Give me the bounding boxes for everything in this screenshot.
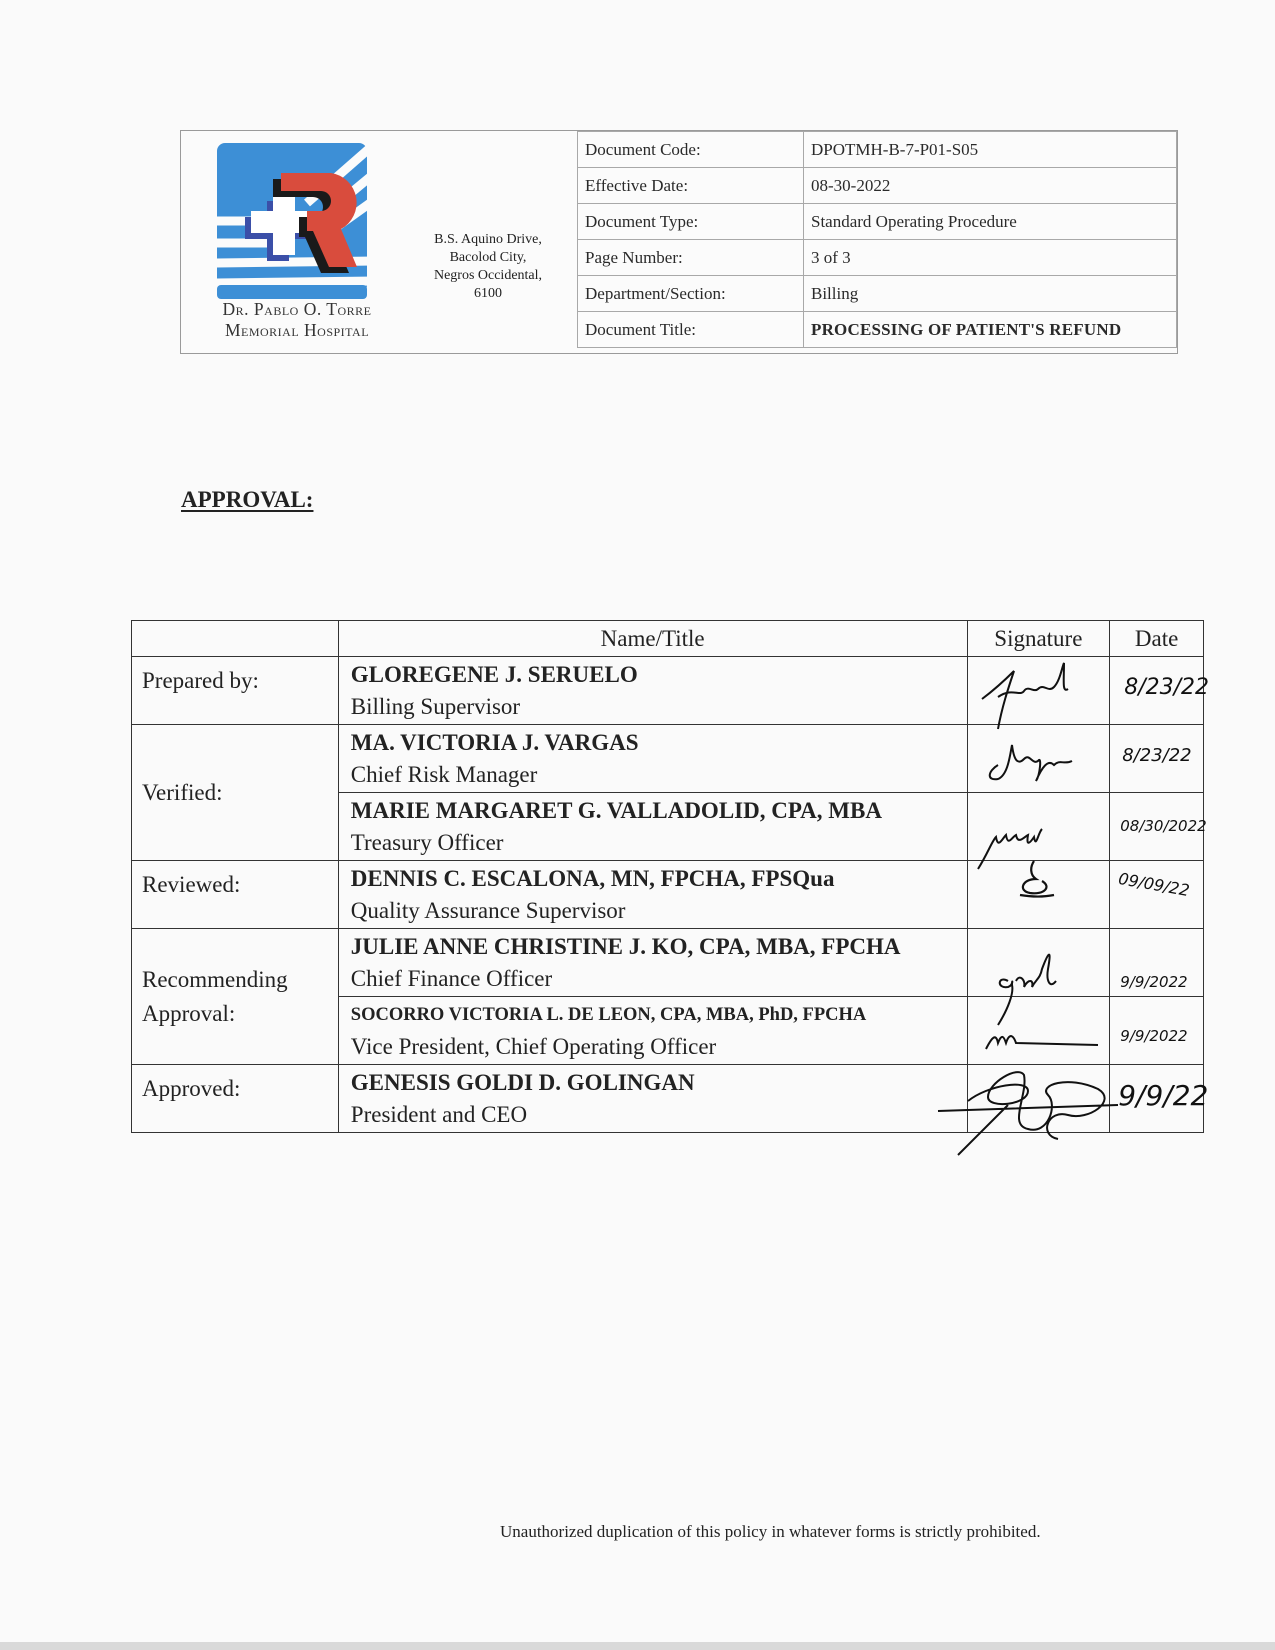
- person-cell: MARIE MARGARET G. VALLADOLID, CPA, MBA T…: [338, 793, 967, 861]
- table-row: Prepared by: GLOREGENE J. SERUELO Billin…: [132, 657, 1204, 725]
- person-cell: GLOREGENE J. SERUELO Billing Supervisor: [338, 657, 967, 725]
- date-cell: 8/23/22: [1110, 657, 1204, 725]
- date-value: 09/09/22: [1117, 869, 1191, 900]
- person-name: JULIE ANNE CHRISTINE J. KO, CPA, MBA, FP…: [351, 931, 955, 963]
- date-value: 8/23/22: [1122, 745, 1191, 766]
- role-label: Prepared by:: [132, 657, 339, 725]
- document-type-value: Standard Operating Procedure: [804, 204, 1177, 240]
- date-value: 9/9/22: [1118, 1079, 1208, 1112]
- date-cell: 9/9/22: [1110, 1065, 1204, 1133]
- date-cell: 09/09/22: [1110, 861, 1204, 929]
- signature-cell: [967, 793, 1110, 861]
- date-cell: 9/9/2022: [1110, 929, 1204, 997]
- date-value: 9/9/2022: [1120, 973, 1187, 991]
- signature-cell: [967, 657, 1110, 725]
- person-name: GENESIS GOLDI D. GOLINGAN: [351, 1067, 955, 1099]
- signature-icon: [968, 861, 1111, 929]
- signature-cell: [967, 861, 1110, 929]
- hospital-logo-icon: [217, 143, 375, 301]
- person-title: Chief Finance Officer: [351, 963, 955, 995]
- column-date: Date: [1110, 621, 1204, 657]
- footer-notice: Unauthorized duplication of this policy …: [500, 1522, 1041, 1542]
- role-label: Approved:: [132, 1065, 339, 1133]
- role-label: Reviewed:: [132, 861, 339, 929]
- effective-date-value: 08-30-2022: [804, 168, 1177, 204]
- approval-table: Name/Title Signature Date Prepared by: G…: [131, 620, 1204, 1133]
- signature-icon: [968, 1065, 1111, 1133]
- person-title: Vice President, Chief Operating Officer: [351, 1031, 955, 1063]
- info-row-effective-date: Effective Date: 08-30-2022: [578, 168, 1177, 204]
- hospital-name: Dr. Pablo O. Torre Memorial Hospital: [181, 299, 413, 341]
- hospital-branding: Dr. Pablo O. Torre Memorial Hospital B.S…: [181, 131, 578, 353]
- date-value: 8/23/22: [1124, 675, 1209, 700]
- person-cell: GENESIS GOLDI D. GOLINGAN President and …: [338, 1065, 967, 1133]
- signature-cell: [967, 725, 1110, 793]
- date-cell: 8/23/22: [1110, 725, 1204, 793]
- info-row-document-type: Document Type: Standard Operating Proced…: [578, 204, 1177, 240]
- date-value: 08/30/2022: [1120, 817, 1206, 835]
- person-name: SOCORRO VICTORIA L. DE LEON, CPA, MBA, P…: [351, 999, 955, 1031]
- signature-cell: [967, 997, 1110, 1065]
- scan-edge: [0, 1642, 1275, 1650]
- person-name: MARIE MARGARET G. VALLADOLID, CPA, MBA: [351, 795, 955, 827]
- hospital-address: B.S. Aquino Drive, Bacolod City, Negros …: [403, 231, 573, 303]
- person-title: President and CEO: [351, 1099, 955, 1131]
- signature-icon: [968, 793, 1111, 861]
- person-title: Chief Risk Manager: [351, 759, 955, 791]
- person-name: DENNIS C. ESCALONA, MN, FPCHA, FPSQua: [351, 863, 955, 895]
- table-row: Recommending Approval: JULIE ANNE CHRIST…: [132, 929, 1204, 997]
- approval-heading: APPROVAL:: [181, 487, 313, 513]
- person-cell: DENNIS C. ESCALONA, MN, FPCHA, FPSQua Qu…: [338, 861, 967, 929]
- approval-table-header: Name/Title Signature Date: [132, 621, 1204, 657]
- person-title: Quality Assurance Supervisor: [351, 895, 955, 927]
- table-row: Approved: GENESIS GOLDI D. GOLINGAN Pres…: [132, 1065, 1204, 1133]
- signature-icon: [968, 725, 1111, 793]
- info-row-department: Department/Section: Billing: [578, 276, 1177, 312]
- date-value: 9/9/2022: [1120, 1027, 1187, 1045]
- date-cell: 08/30/2022: [1110, 793, 1204, 861]
- person-title: Billing Supervisor: [351, 691, 955, 723]
- person-cell: MA. VICTORIA J. VARGAS Chief Risk Manage…: [338, 725, 967, 793]
- signature-icon: [968, 997, 1111, 1065]
- document-info-table: Document Code: DPOTMH-B-7-P01-S05 Effect…: [577, 131, 1177, 348]
- column-name-title: Name/Title: [338, 621, 967, 657]
- info-row-page-number: Page Number: 3 of 3: [578, 240, 1177, 276]
- person-name: MA. VICTORIA J. VARGAS: [351, 727, 955, 759]
- document-header: Dr. Pablo O. Torre Memorial Hospital B.S…: [180, 130, 1178, 354]
- table-row: Reviewed: DENNIS C. ESCALONA, MN, FPCHA,…: [132, 861, 1204, 929]
- document-title-value: PROCESSING OF PATIENT'S REFUND: [804, 312, 1177, 348]
- info-row-document-code: Document Code: DPOTMH-B-7-P01-S05: [578, 132, 1177, 168]
- signature-icon: [968, 929, 1111, 997]
- signature-icon: [968, 657, 1111, 725]
- date-cell: 9/9/2022: [1110, 997, 1204, 1065]
- column-signature: Signature: [967, 621, 1110, 657]
- page-number-value: 3 of 3: [804, 240, 1177, 276]
- signature-cell: [967, 1065, 1110, 1133]
- info-row-document-title: Document Title: PROCESSING OF PATIENT'S …: [578, 312, 1177, 348]
- signature-cell: [967, 929, 1110, 997]
- person-title: Treasury Officer: [351, 827, 955, 859]
- document-code-value: DPOTMH-B-7-P01-S05: [804, 132, 1177, 168]
- role-label: Recommending Approval:: [132, 929, 339, 1065]
- person-name: GLOREGENE J. SERUELO: [351, 659, 955, 691]
- person-cell: SOCORRO VICTORIA L. DE LEON, CPA, MBA, P…: [338, 997, 967, 1065]
- person-cell: JULIE ANNE CHRISTINE J. KO, CPA, MBA, FP…: [338, 929, 967, 997]
- role-label: Verified:: [132, 725, 339, 861]
- table-row: Verified: MA. VICTORIA J. VARGAS Chief R…: [132, 725, 1204, 793]
- department-value: Billing: [804, 276, 1177, 312]
